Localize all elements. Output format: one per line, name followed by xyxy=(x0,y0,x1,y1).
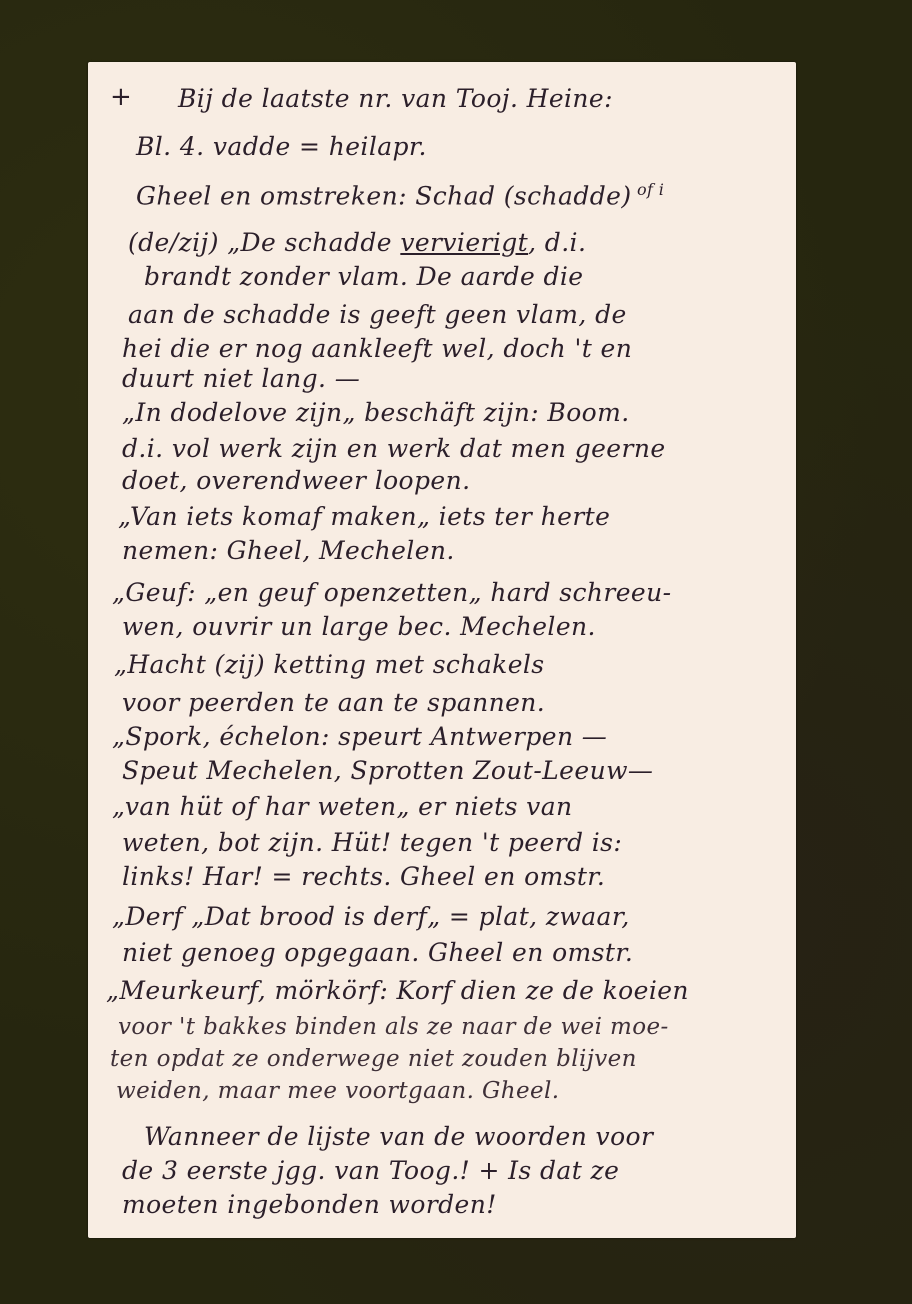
text-line: links! Har! = rechts. Gheel en omstr. xyxy=(122,862,605,891)
text-line: niet genoeg opgegaan. Gheel en omstr. xyxy=(122,938,633,967)
text-line: weiden, maar mee voortgaan. Gheel. xyxy=(116,1078,560,1104)
text-line: nemen: Gheel, Mechelen. xyxy=(122,536,455,565)
text-line: moeten ingebonden worden! xyxy=(122,1190,497,1219)
text-line: Gheel en omstreken: Schad (schadde) of i xyxy=(136,180,664,210)
text-line: „Spork, échelon: speurt Antwerpen — xyxy=(112,722,607,751)
text-line: ten opdat ze onderwege niet zouden blijv… xyxy=(110,1046,637,1072)
text-line: „In dodelove zijn„ beschäft zijn: Boom. xyxy=(122,398,630,427)
text-line: Wanneer de lijste van de woorden voor xyxy=(144,1122,653,1151)
text-line: Speut Mechelen, Sprotten Zout-Leeuw— xyxy=(122,756,653,785)
margin-cross-mark: + xyxy=(110,82,132,112)
text-line: voor 't bakkes binden als ze naar de wei… xyxy=(118,1014,669,1040)
text-line: wen, ouvrir un large bec. Mechelen. xyxy=(122,612,596,641)
text-line: de 3 eerste jgg. van Toog.! + Is dat ze xyxy=(122,1156,619,1185)
text-line: aan de schadde is geeft geen vlam, de xyxy=(128,300,627,329)
superscript-annotation: of i xyxy=(631,180,664,199)
text-line: weten, bot zijn. Hüt! tegen 't peerd is: xyxy=(122,828,622,857)
text-line: brandt zonder vlam. De aarde die xyxy=(144,262,583,291)
text-line: hei die er nog aankleeft wel, doch 't en xyxy=(122,334,632,363)
note-card: + Bij de laatste nr. van Tooj. Heine:Bl.… xyxy=(88,62,796,1238)
text-line: Bl. 4. vadde = heilapr. xyxy=(136,132,427,161)
text-line: „Hacht (zij) ketting met schakels xyxy=(114,650,545,679)
underlined-word: vervierigt xyxy=(400,228,528,257)
text-line: „van hüt of har weten„ er niets van xyxy=(112,792,573,821)
text-line: „Meurkeurf, mörkörf: Korf dien ze de koe… xyxy=(106,976,689,1005)
text-line: „Derf „Dat brood is derf„ = plat, zwaar, xyxy=(112,902,630,931)
text-line: Bij de laatste nr. van Tooj. Heine: xyxy=(178,84,613,113)
text-line: d.i. vol werk zijn en werk dat men geern… xyxy=(122,434,666,463)
text-line: „Geuf: „en geuf openzetten„ hard schreeu… xyxy=(112,578,671,607)
text-line: voor peerden te aan te spannen. xyxy=(122,688,545,717)
text-line: doet, overendweer loopen. xyxy=(122,466,470,495)
text-line: (de/zij) „De schadde vervierigt, d.i. xyxy=(128,228,586,257)
text-line: duurt niet lang. — xyxy=(122,364,360,393)
text-line: „Van iets komaf maken„ iets ter herte xyxy=(118,502,610,531)
